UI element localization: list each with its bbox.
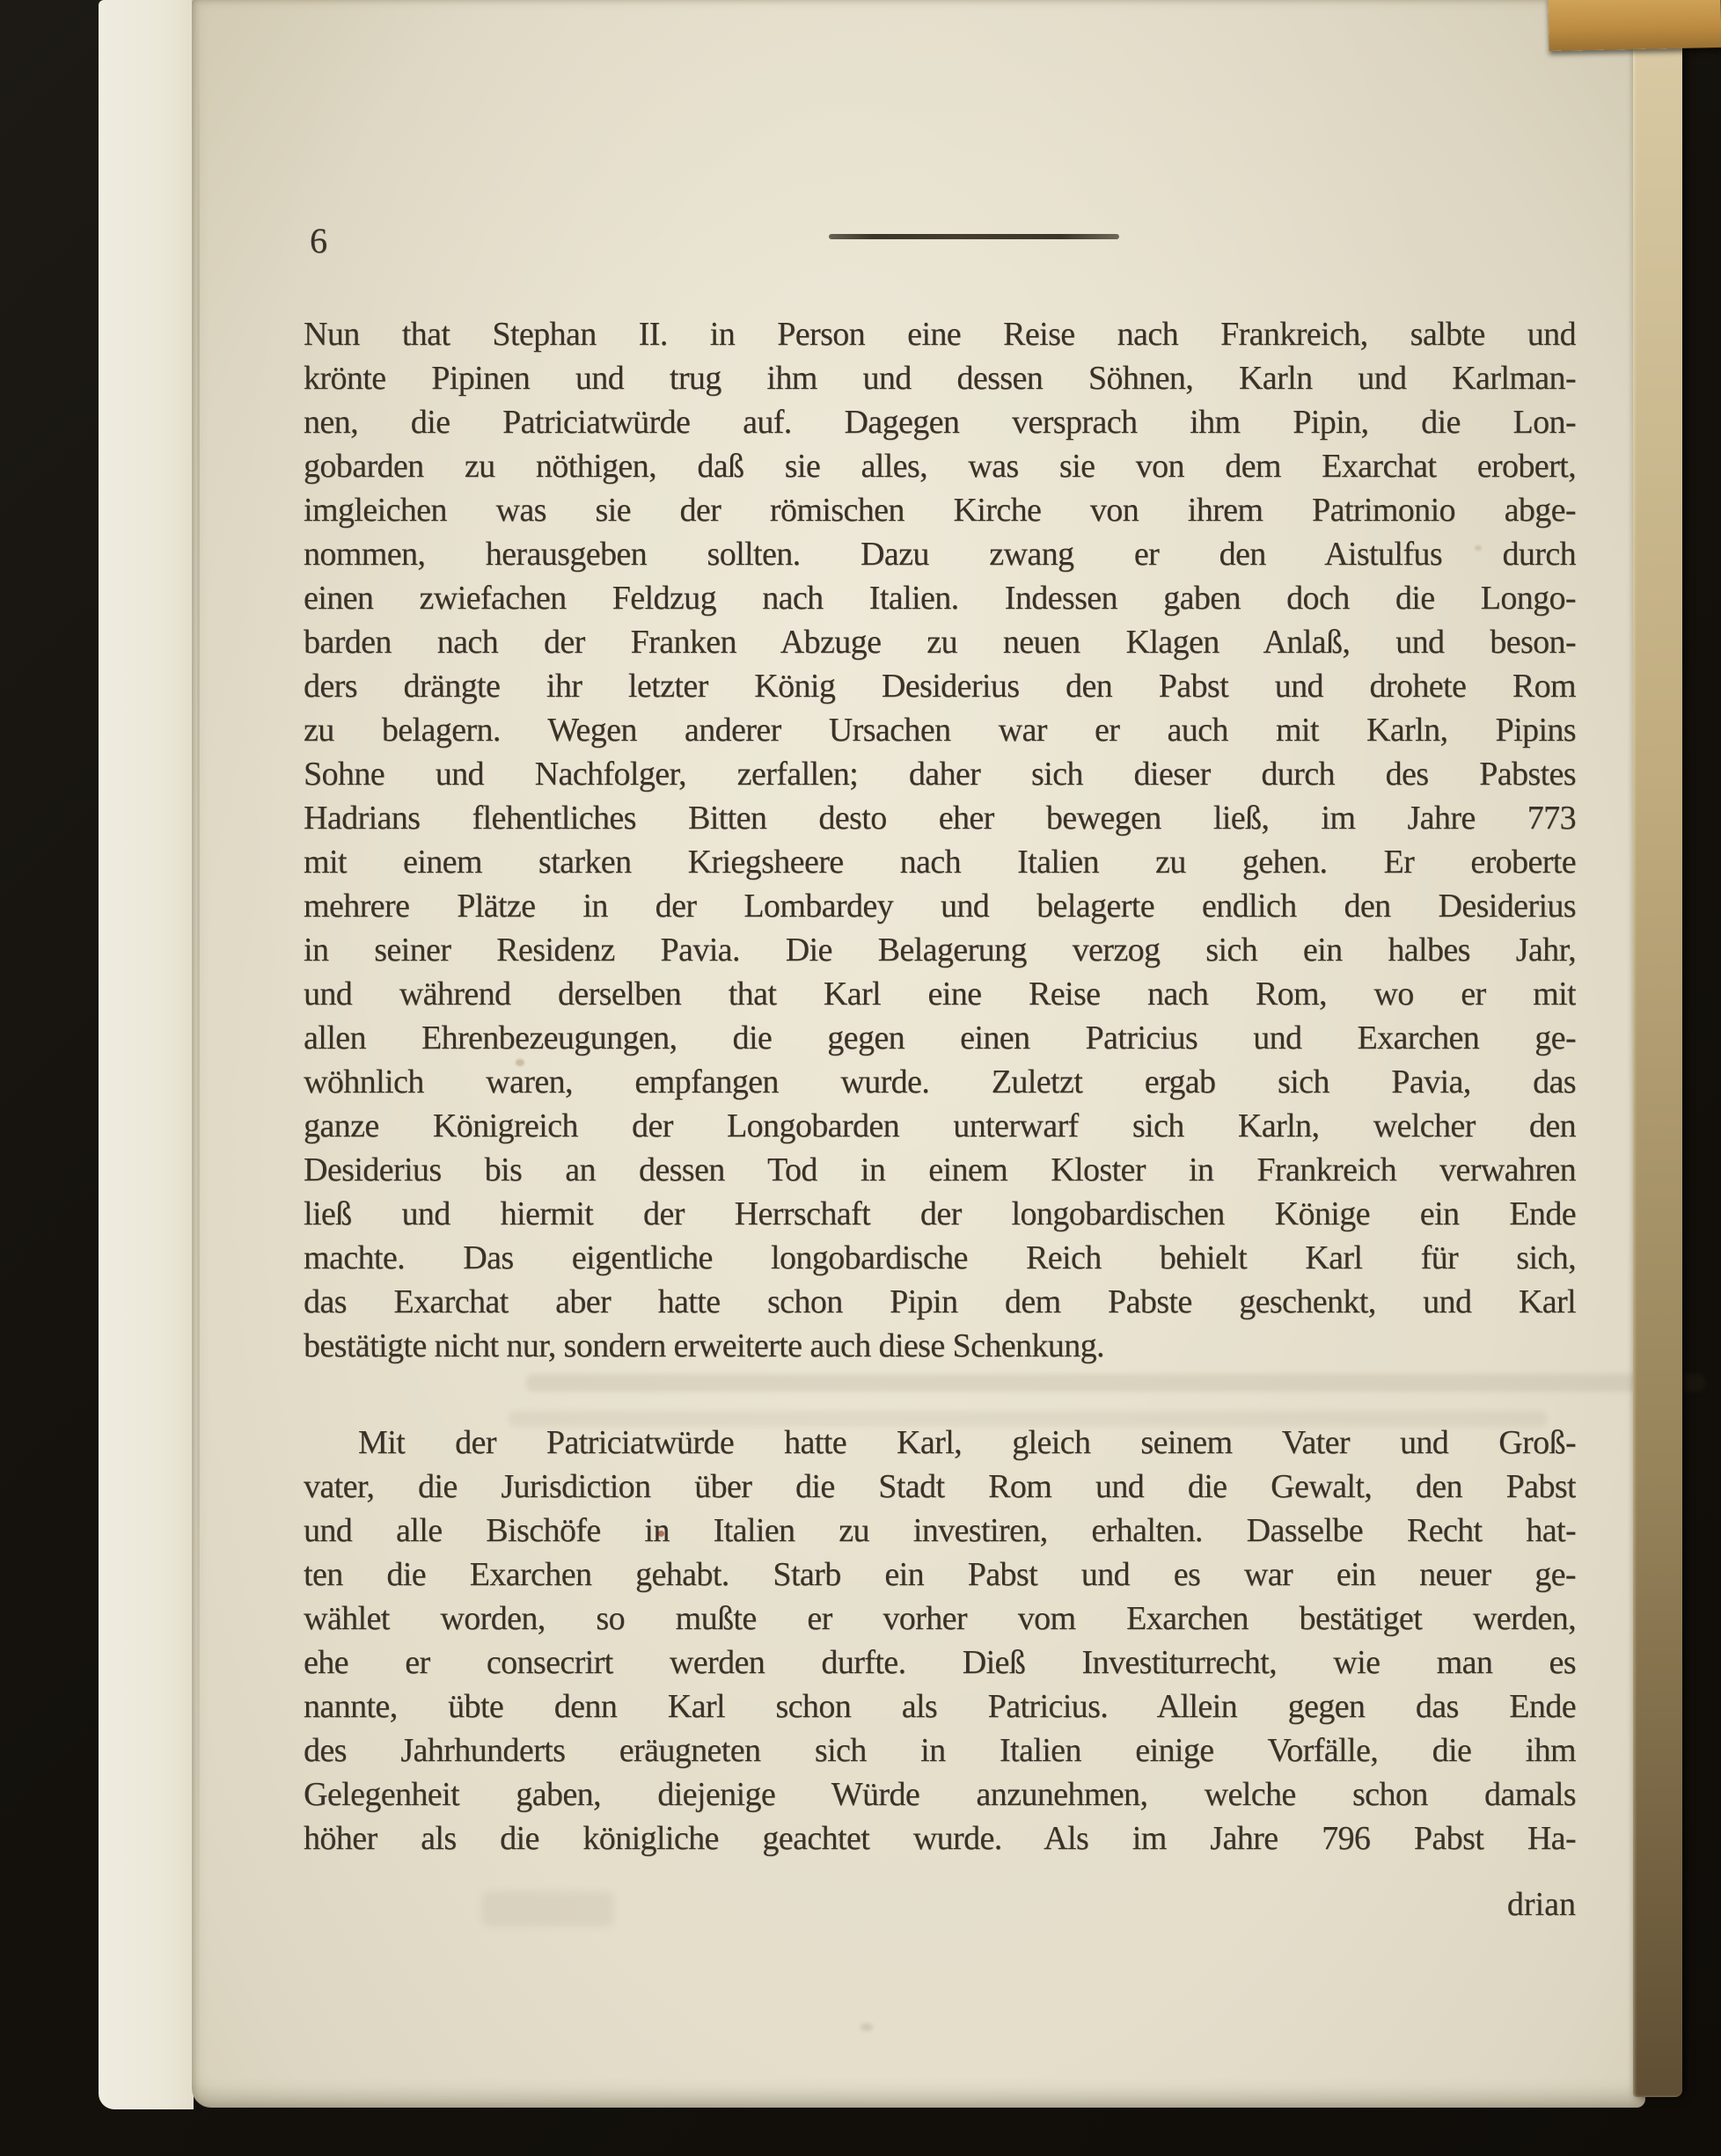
text-line: krönte Pipinen und trug ihm und dessen S…	[304, 356, 1576, 400]
text-line: Gelegenheit gaben, diejenige Würde anzun…	[304, 1772, 1576, 1816]
section-divider-rule	[829, 234, 1119, 239]
paper-stain	[860, 2023, 873, 2031]
text-line: Nun that Stephan II. in Person eine Reis…	[304, 312, 1576, 356]
text-line: vater, die Jurisdiction über die Stadt R…	[304, 1465, 1576, 1509]
text-line: Sohne und Nachfolger, zerfallen; daher s…	[304, 752, 1576, 796]
text-line: zu belagern. Wegen anderer Ursachen war …	[304, 708, 1576, 752]
text-line: in seiner Residenz Pavia. Die Belagerung…	[304, 928, 1576, 972]
text-line: nen, die Patriciatwürde auf. Dagegen ver…	[304, 400, 1576, 444]
book-scan: 6 Nun that Stephan II. in Person eine Re…	[0, 0, 1721, 2156]
text-line: Mit der Patriciatwürde hatte Karl, gleic…	[304, 1421, 1576, 1465]
text-line: mit einem starken Kriegsheere nach Itali…	[304, 840, 1576, 884]
ink-showthrough	[526, 1374, 1705, 1392]
page-crease	[197, 0, 200, 2108]
text-line: das Exarchat aber hatte schon Pipin dem …	[304, 1280, 1576, 1324]
text-line: allen Ehrenbezeugungen, die gegen einen …	[304, 1016, 1576, 1060]
text-line: bestätigte nicht nur, sondern erweiterte…	[304, 1324, 1576, 1368]
text-line: barden nach der Franken Abzuge zu neuen …	[304, 620, 1576, 664]
text-line: mehrere Plätze in der Lombardey und bela…	[304, 884, 1576, 928]
text-line: Desiderius bis an dessen Tod in einem Kl…	[304, 1148, 1576, 1192]
text-line: höher als die königliche geachtet wurde.…	[304, 1816, 1576, 1860]
underlying-pages-edge	[99, 0, 194, 2109]
text-line: ließ und hiermit der Herrschaft der long…	[304, 1192, 1576, 1236]
text-line: einen zwiefachen Feldzug nach Italien. I…	[304, 576, 1576, 620]
text-line: gobarden zu nöthigen, daß sie alles, was…	[304, 444, 1576, 488]
text-line: wählet worden, so mußte er vorher vom Ex…	[304, 1597, 1576, 1641]
text-line: und während derselben that Karl eine Rei…	[304, 972, 1576, 1016]
catchword: drian	[304, 1882, 1576, 1926]
text-line: ten die Exarchen gehabt. Starb ein Pabst…	[304, 1553, 1576, 1597]
text-line: nommen, herausgeben sollten. Dazu zwang …	[304, 532, 1576, 576]
text-line: nannte, übte denn Karl schon als Patrici…	[304, 1685, 1576, 1728]
text-line: Hadrians flehentliches Bitten desto eher…	[304, 796, 1576, 840]
text-line: und alle Bischöfe in Italien zu investir…	[304, 1509, 1576, 1553]
text-line: ehe er consecrirt werden durfte. Dieß In…	[304, 1641, 1576, 1685]
text-line: des Jahrhunderts eräugneten sich in Ital…	[304, 1728, 1576, 1772]
text-line: imgleichen was sie der römischen Kirche …	[304, 488, 1576, 532]
text-line: ganze Königreich der Longobarden unterwa…	[304, 1104, 1576, 1148]
paragraph-1: Nun that Stephan II. in Person eine Reis…	[304, 312, 1576, 1368]
page-block-edge-right	[1633, 48, 1682, 2097]
adjacent-book-edge	[1548, 0, 1721, 51]
text-line: ders drängte ihr letzter König Desideriu…	[304, 664, 1576, 708]
page-number: 6	[310, 220, 328, 261]
text-line: machte. Das eigentliche longobardische R…	[304, 1236, 1576, 1280]
text-line: wöhnlich waren, empfangen wurde. Zuletzt…	[304, 1060, 1576, 1104]
paragraph-2: Mit der Patriciatwürde hatte Karl, gleic…	[304, 1421, 1576, 1860]
